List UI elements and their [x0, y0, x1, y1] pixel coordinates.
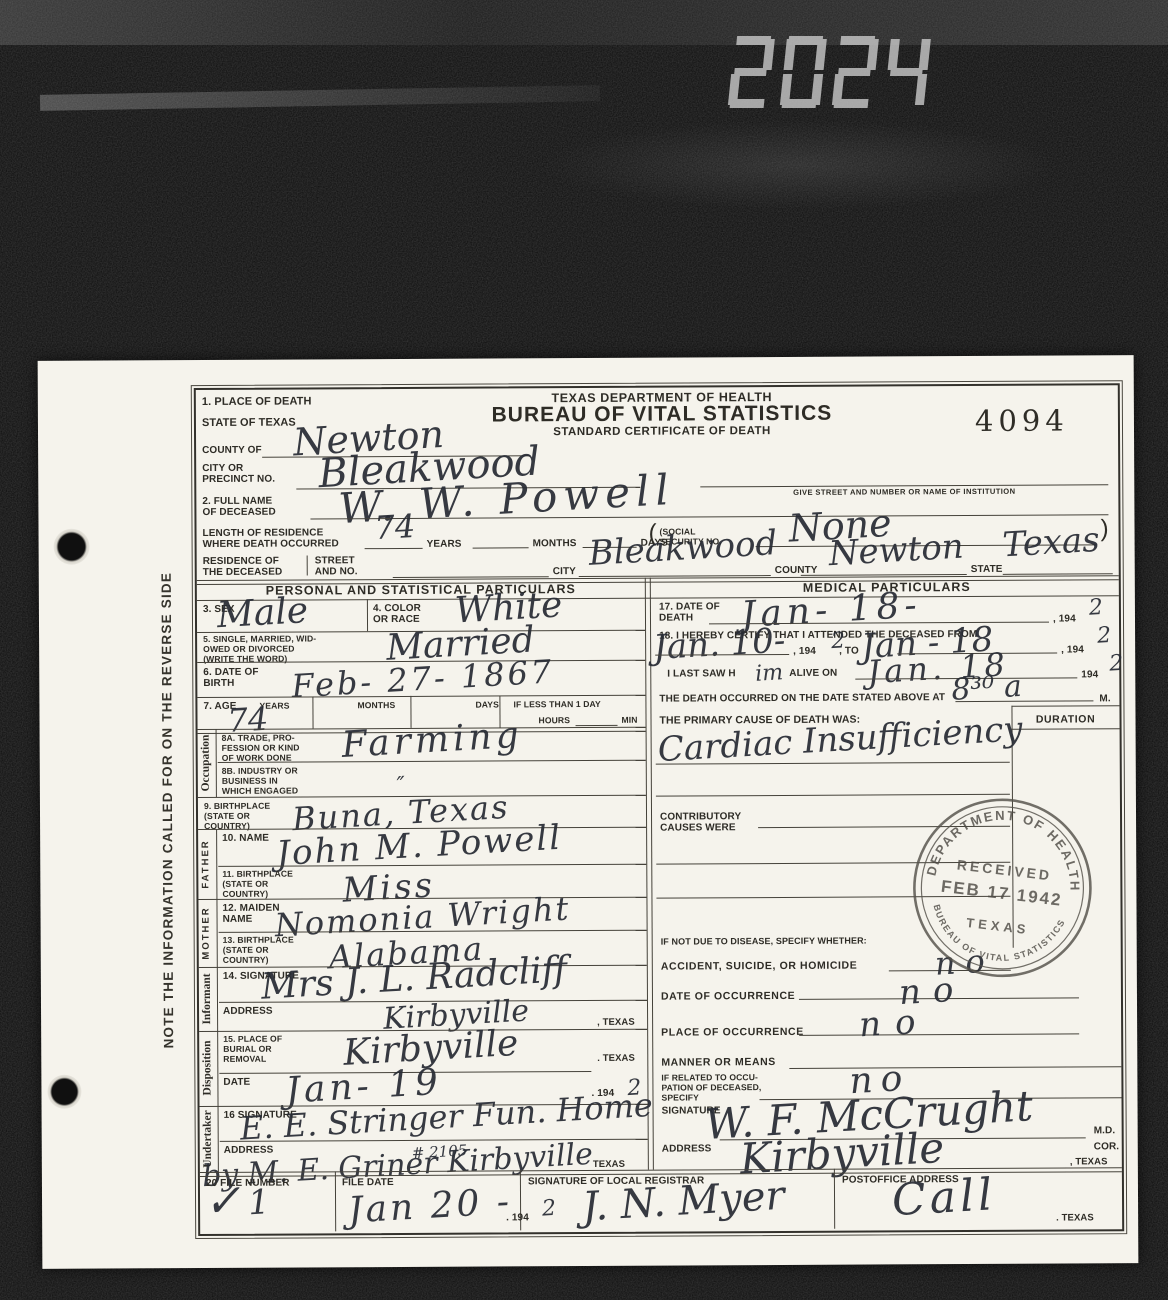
label-contributory: CONTRIBUTORY CAUSES WERE — [660, 811, 741, 834]
label-if-less: IF LESS THAN 1 DAY — [513, 700, 600, 710]
hw-year-to: 2 — [1096, 625, 1111, 648]
label-file-date: FILE DATE — [342, 1177, 394, 1189]
hw-trade: Farming — [341, 718, 524, 764]
film-frame-counter — [722, 28, 937, 123]
label-texas-burial: . TEXAS — [597, 1054, 635, 1065]
label-full-name: 2. FULL NAME OF DECEASED — [202, 496, 275, 519]
received-stamp: DEPARTMENT OF HEALTH RECEIVED FEB 17 194… — [902, 792, 1103, 983]
film-smudge — [540, 120, 1060, 210]
label-year-stub-dod: , 194 — [1053, 613, 1076, 625]
label-death-occurred: THE DEATH OCCURRED ON THE DATE STATED AB… — [659, 692, 945, 705]
label-year-stub-saw: 194 — [1081, 669, 1098, 680]
form-divider — [216, 899, 217, 967]
label-years: YEARS — [427, 539, 462, 551]
stamp-arc-bottom: BUREAU OF VITAL STATISTICS — [926, 902, 1068, 970]
hw-registrar: J. N. Myer — [581, 1176, 786, 1228]
label-burial-date: DATE — [223, 1077, 250, 1089]
hw-res-county: Newton — [828, 530, 965, 572]
label-year-stub-file: . 194 — [506, 1212, 529, 1224]
label-texas-informant: , TEXAS — [597, 1018, 635, 1029]
column-divider — [645, 578, 654, 1170]
microfilm-scan: 2024 NOTE THE INFORMATION CALLED FOR ON … — [0, 0, 1168, 1300]
label-maiden-12: 12. MAIDEN NAME — [222, 903, 279, 926]
label-m: M. — [1099, 693, 1110, 704]
form-divider — [217, 1031, 218, 1106]
certificate-paper: NOTE THE INFORMATION CALLED FOR ON THE R… — [38, 355, 1139, 1269]
label-if-not-due: IF NOT DUE TO DISEASE, SPECIFY WHETHER: — [661, 936, 867, 947]
label-hours: HOURS — [538, 716, 570, 726]
form-divider — [307, 555, 308, 575]
form-divider — [216, 729, 217, 797]
label-birthplace-13: 13. BIRTHPLACE (STATE OR COUNTRY) — [223, 936, 294, 966]
label-name-10: 10. NAME — [222, 833, 269, 845]
label-age-days: DAYS — [475, 700, 499, 710]
label-manner: MANNER OR MEANS — [661, 1057, 776, 1070]
label-year-stub-to: , 194 — [1061, 644, 1084, 656]
label-burial-15: 15. PLACE OF BURIAL OR REMOVAL — [223, 1035, 282, 1065]
label-alive-on: ALIVE ON — [789, 668, 837, 680]
hw-year-saw: 2 — [1109, 653, 1124, 676]
label-year-stub-from: , 194 — [793, 646, 816, 658]
label-dob: 6. DATE OF BIRTH — [203, 667, 258, 690]
hw-year-file: 2 — [541, 1198, 556, 1221]
label-informant-address: ADDRESS — [223, 1006, 273, 1018]
form-divider — [217, 967, 218, 1031]
form-line — [1012, 728, 1120, 730]
field-place-of-death: 1. PLACE OF DEATH — [202, 395, 312, 408]
label-residence-of: RESIDENCE OF THE DECEASED — [203, 556, 283, 579]
label-dod-17: 17. DATE OF DEATH — [659, 601, 720, 624]
hw-place-occurrence: no — [858, 1004, 930, 1042]
film-scratch — [40, 85, 600, 111]
label-min: MIN — [621, 716, 637, 726]
hw-last-saw-h: im — [755, 662, 784, 686]
stamp-state: TEXAS — [966, 915, 1031, 937]
label-res-state: STATE — [971, 564, 1003, 576]
label-texas-bottom: . TEXAS — [1056, 1213, 1094, 1224]
form-divider — [367, 599, 368, 631]
label-duration: DURATION — [1011, 714, 1119, 727]
hw-year-dod: 2 — [1088, 597, 1103, 620]
form-line — [473, 547, 529, 548]
form-divider — [216, 829, 217, 899]
hw-res-state: Texas — [1002, 523, 1101, 563]
label-length-of-residence: LENGTH OF RESIDENCE WHERE DEATH OCCURRED — [203, 527, 339, 550]
label-institution-hint: GIVE STREET AND NUMBER OR NAME OF INSTIT… — [700, 487, 1108, 498]
form-line — [799, 1033, 1079, 1035]
field-state-of-texas: STATE OF TEXAS — [202, 417, 296, 430]
label-place-occurrence: PLACE OF OCCURRENCE — [661, 1027, 804, 1040]
punch-hole-top — [54, 529, 90, 565]
label-months: MONTHS — [533, 538, 577, 550]
hw-residence-years: 74 — [374, 510, 416, 544]
form-line — [365, 548, 423, 549]
punch-hole-bottom — [47, 1075, 81, 1109]
form-line — [789, 1066, 1121, 1069]
label-industry: 8B. INDUSTRY OR BUSINESS IN WHICH ENGAGE… — [222, 767, 298, 797]
reverse-side-note: NOTE THE INFORMATION CALLED FOR ON THE R… — [159, 530, 178, 1090]
certificate-form: 1. PLACE OF DEATH STATE OF TEXAS TEXAS D… — [194, 383, 1124, 1236]
film-smudge — [0, 0, 1168, 45]
label-city-precinct: CITY OR PRECINCT NO. — [202, 463, 275, 486]
label-to: , TO — [839, 646, 859, 657]
label-paren-close: ) — [1100, 515, 1108, 542]
label-age-months: MONTHS — [357, 701, 395, 711]
form-divider — [312, 696, 313, 728]
svg-text:BUREAU OF VITAL STATISTICS: BUREAU OF VITAL STATISTICS — [926, 902, 1068, 970]
hw-attended-from: Jan. 10- — [652, 624, 786, 666]
label-md: M.D. — [1094, 1125, 1116, 1137]
label-accident: ACCIDENT, SUICIDE, OR HOMICIDE — [661, 961, 858, 974]
hw-file-date: Jan 20 - — [347, 1184, 513, 1229]
hw-res-city: Bleakwood — [588, 526, 778, 571]
form-line — [1011, 705, 1119, 707]
label-street-and-no: STREET AND NO. — [315, 555, 358, 578]
label-trade: 8A. TRADE, PRO- FESSION OR KIND OF WORK … — [222, 734, 300, 764]
certificate-number: 4094 — [975, 403, 1069, 437]
hw-sex: Male — [216, 593, 309, 634]
hw-file-check: ✓ — [203, 1179, 242, 1225]
label-cor: COR. — [1094, 1141, 1119, 1153]
form-line — [955, 700, 1093, 702]
label-res-city: CITY — [553, 566, 576, 578]
hw-postoffice: Call — [891, 1173, 997, 1223]
hw-file-number: 1 — [247, 1185, 271, 1220]
label-county-of: COUNTY OF — [202, 445, 262, 457]
label-marital: 5. SINGLE, MARRIED, WID- OWED OR DIVORCE… — [203, 634, 316, 664]
label-last-saw: I LAST SAW H — [667, 668, 735, 680]
label-color-race: 4. COLOR OR RACE — [373, 603, 421, 626]
label-md-address: ADDRESS — [662, 1143, 712, 1155]
label-birthplace-11: 11. BIRTHPLACE (STATE OR COUNTRY) — [222, 870, 293, 900]
label-date-occurrence: DATE OF OCCURRENCE — [661, 991, 795, 1004]
title-standard: STANDARD CERTIFICATE OF DEATH — [432, 424, 892, 440]
